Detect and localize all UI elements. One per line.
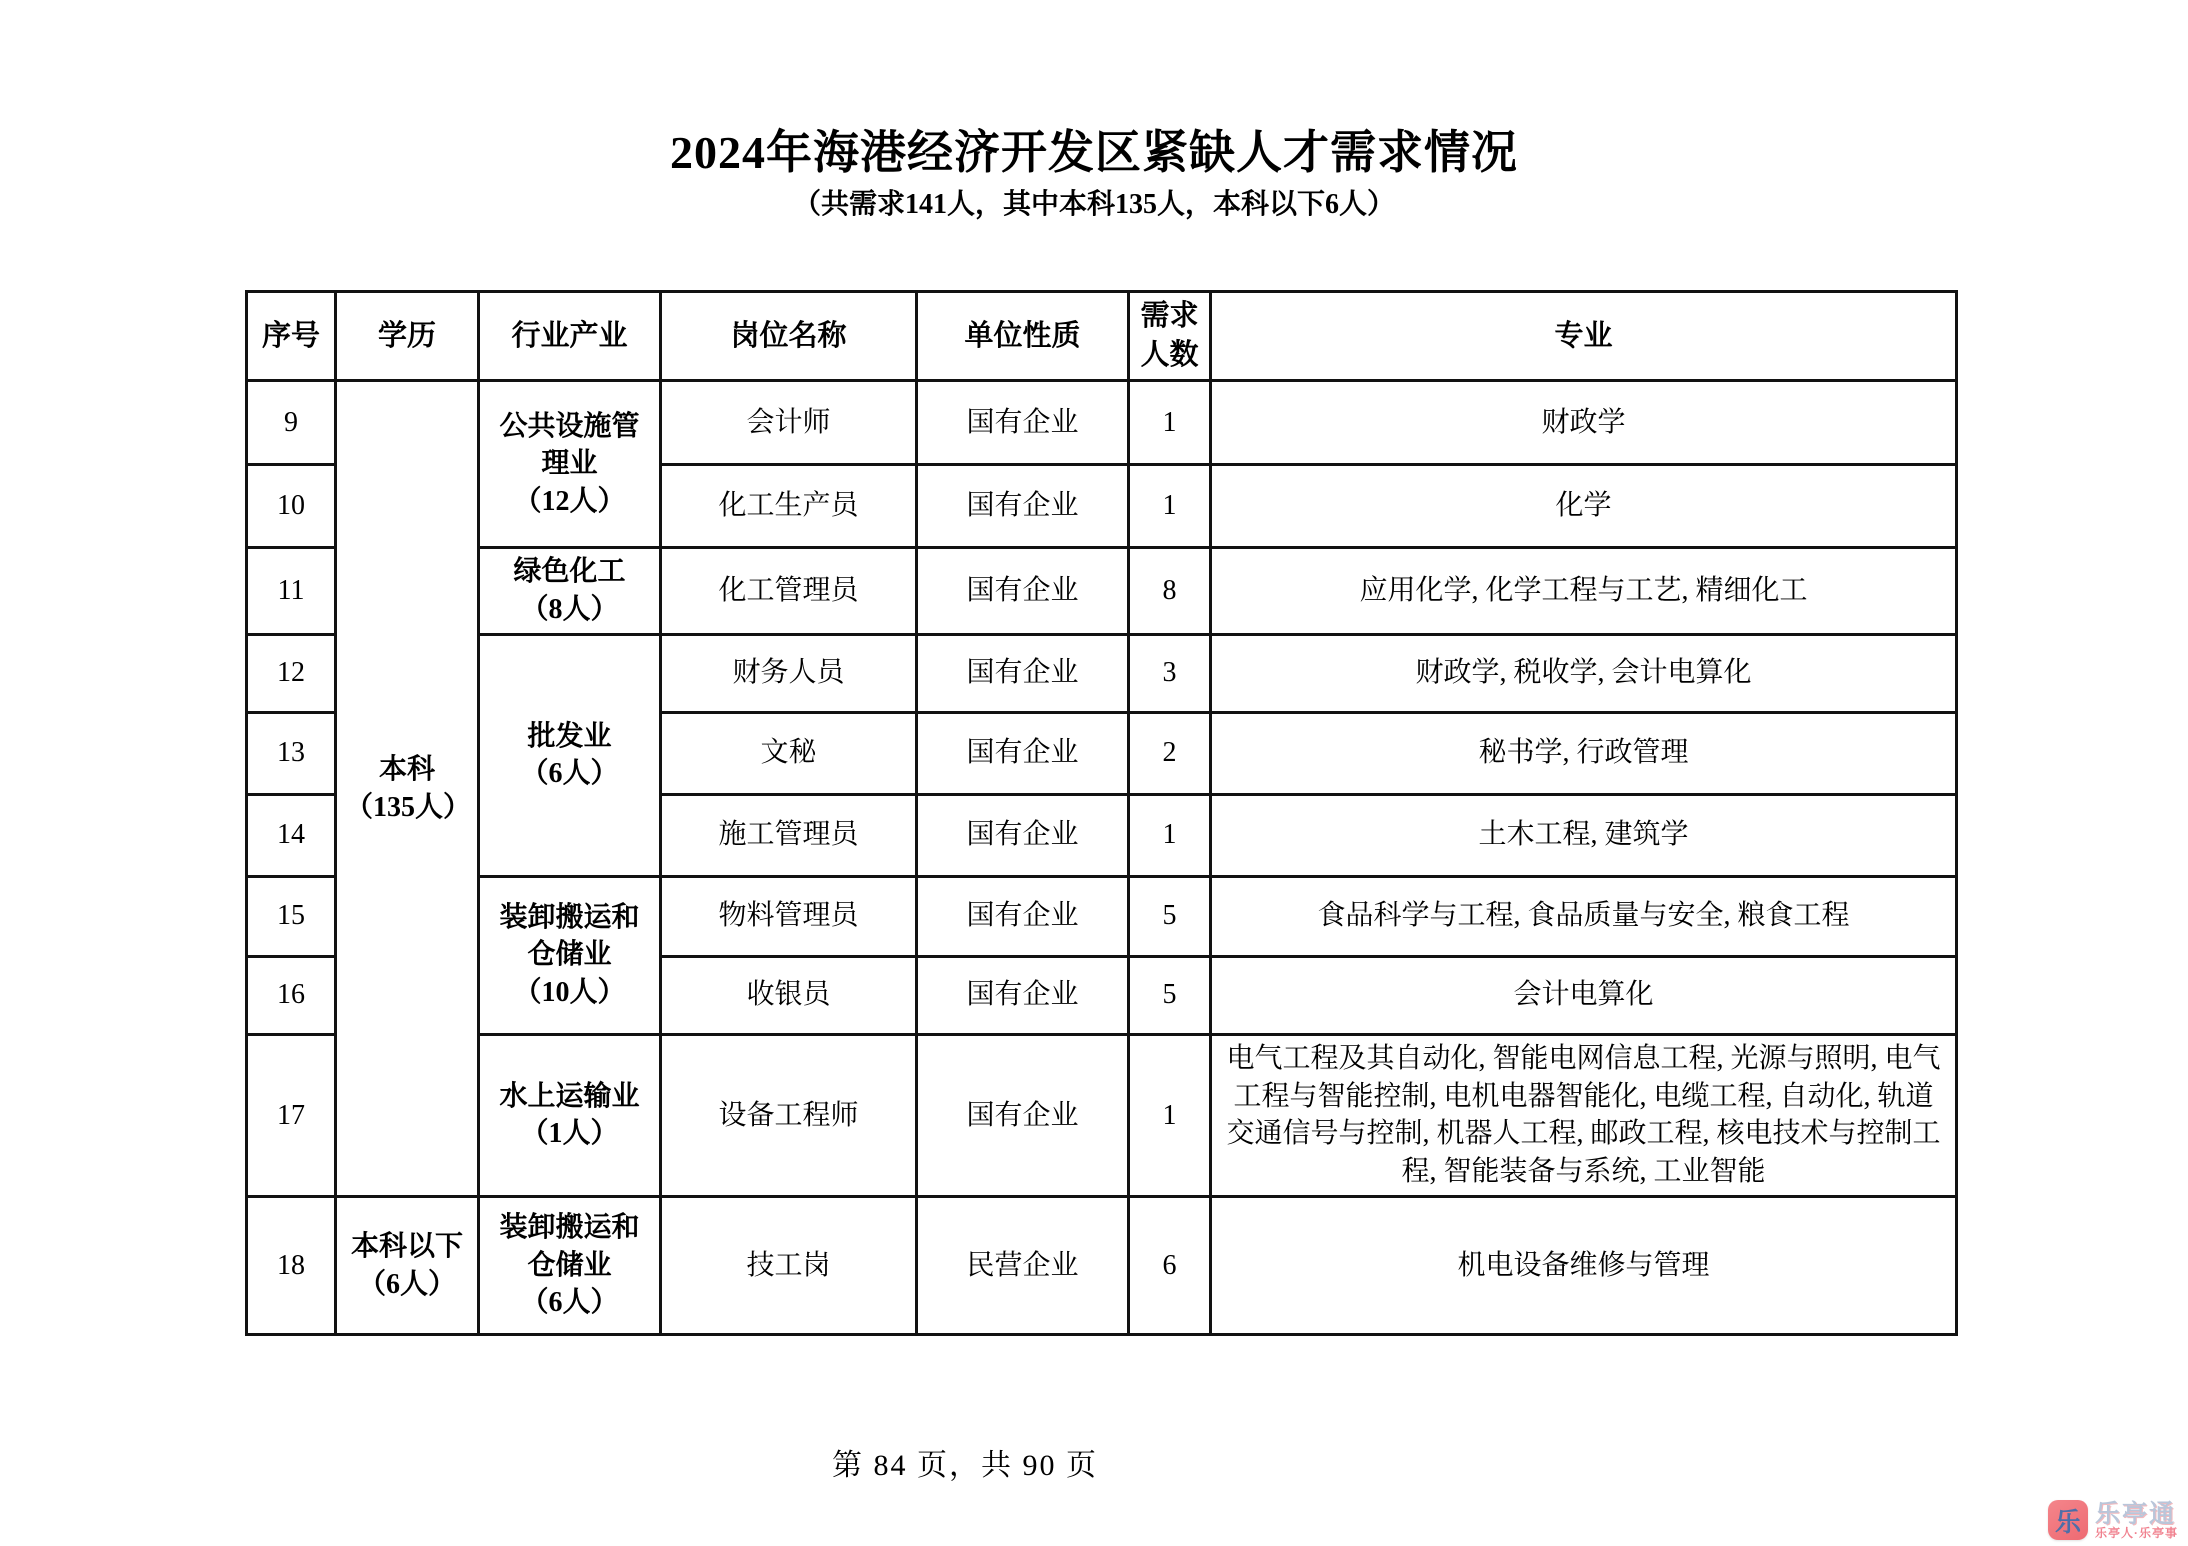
education-count: （6人） — [345, 1266, 469, 1304]
cell-unit: 国有企业 — [917, 794, 1129, 876]
industry-count: （12人） — [488, 483, 651, 521]
cell-count: 5 — [1129, 876, 1211, 956]
industry-count: （10人） — [488, 974, 651, 1012]
header-education: 学历 — [336, 292, 479, 381]
cell-major: 化学 — [1211, 465, 1957, 548]
cell-industry-public-facilities: 公共设施管理业 （12人） — [479, 381, 661, 548]
cell-count: 5 — [1129, 956, 1211, 1034]
header-unit: 单位性质 — [917, 292, 1129, 381]
table-row: 11 绿色化工 （8人） 化工管理员 国有企业 8 应用化学, 化学工程与工艺,… — [247, 548, 1957, 635]
cell-count: 1 — [1129, 465, 1211, 548]
table-header-row: 序号 学历 行业产业 岗位名称 单位性质 需求人数 专业 — [247, 292, 1957, 381]
cell-major: 财政学 — [1211, 381, 1957, 465]
cell-major: 秘书学, 行政管理 — [1211, 712, 1957, 794]
watermark-text: 乐亭通 乐亭人·乐亭事 — [2095, 1501, 2178, 1540]
industry-count: （8人） — [488, 591, 651, 629]
industry-name: 水上运输业 — [488, 1078, 651, 1116]
cell-education-below-benke: 本科以下 （6人） — [336, 1197, 479, 1335]
cell-major: 食品科学与工程, 食品质量与安全, 粮食工程 — [1211, 876, 1957, 956]
cell-education-benke: 本科 （135人） — [336, 381, 479, 1197]
table-row: 17 水上运输业 （1人） 设备工程师 国有企业 1 电气工程及其自动化, 智能… — [247, 1034, 1957, 1196]
industry-name: 绿色化工 — [488, 553, 651, 591]
header-industry: 行业产业 — [479, 292, 661, 381]
industry-count: （1人） — [488, 1115, 651, 1153]
table-row: 12 批发业 （6人） 财务人员 国有企业 3 财政学, 税收学, 会计电算化 — [247, 634, 1957, 712]
document-page: 2024年海港经济开发区紧缺人才需求情况 （共需求141人，其中本科135人，本… — [0, 0, 2188, 1546]
page-title: 2024年海港经济开发区紧缺人才需求情况 — [0, 116, 2188, 182]
page-subtitle: （共需求141人，其中本科135人，本科以下6人） — [0, 182, 2188, 222]
cell-no: 15 — [247, 876, 336, 956]
page-number: 第 84 页，共 90 页 — [0, 1440, 1930, 1484]
cell-no: 10 — [247, 465, 336, 548]
cell-position: 会计师 — [661, 381, 917, 465]
cell-position: 技工岗 — [661, 1197, 917, 1335]
cell-position: 设备工程师 — [661, 1034, 917, 1196]
cell-major: 电气工程及其自动化, 智能电网信息工程, 光源与照明, 电气工程与智能控制, 电… — [1211, 1034, 1957, 1196]
header-count: 需求人数 — [1129, 292, 1211, 381]
cell-no: 12 — [247, 634, 336, 712]
cell-unit: 国有企业 — [917, 712, 1129, 794]
table-row: 9 本科 （135人） 公共设施管理业 （12人） 会计师 国有企业 1 财政学 — [247, 381, 1957, 465]
header-no: 序号 — [247, 292, 336, 381]
cell-no: 13 — [247, 712, 336, 794]
table-row: 15 装卸搬运和仓储业 （10人） 物料管理员 国有企业 5 食品科学与工程, … — [247, 876, 1957, 956]
cell-major: 土木工程, 建筑学 — [1211, 794, 1957, 876]
letingtong-app-icon: 乐 — [2048, 1500, 2088, 1540]
cell-unit: 民营企业 — [917, 1197, 1129, 1335]
cell-count: 2 — [1129, 712, 1211, 794]
cell-major: 财政学, 税收学, 会计电算化 — [1211, 634, 1957, 712]
watermark-app-name: 乐亭通 — [2095, 1501, 2178, 1527]
industry-count: （6人） — [488, 1284, 651, 1322]
cell-position: 化工生产员 — [661, 465, 917, 548]
table-row: 18 本科以下 （6人） 装卸搬运和仓储业 （6人） 技工岗 民营企业 6 机电… — [247, 1197, 1957, 1335]
cell-position: 物料管理员 — [661, 876, 917, 956]
cell-no: 11 — [247, 548, 336, 635]
header-major: 专业 — [1211, 292, 1957, 381]
industry-count: （6人） — [488, 755, 651, 793]
cell-no: 17 — [247, 1034, 336, 1196]
cell-count: 3 — [1129, 634, 1211, 712]
cell-no: 16 — [247, 956, 336, 1034]
cell-position: 收银员 — [661, 956, 917, 1034]
letingtong-watermark: 乐 乐亭通 乐亭人·乐亭事 — [2048, 1500, 2178, 1540]
cell-position: 施工管理员 — [661, 794, 917, 876]
cell-major: 会计电算化 — [1211, 956, 1957, 1034]
cell-unit: 国有企业 — [917, 876, 1129, 956]
cell-no: 18 — [247, 1197, 336, 1335]
header-position: 岗位名称 — [661, 292, 917, 381]
cell-count: 1 — [1129, 794, 1211, 876]
cell-industry-green-chem: 绿色化工 （8人） — [479, 548, 661, 635]
cell-major: 机电设备维修与管理 — [1211, 1197, 1957, 1335]
education-count: （135人） — [345, 789, 469, 827]
cell-position: 文秘 — [661, 712, 917, 794]
cell-count: 1 — [1129, 1034, 1211, 1196]
cell-unit: 国有企业 — [917, 548, 1129, 635]
education-name: 本科以下 — [345, 1228, 469, 1266]
industry-name: 装卸搬运和仓储业 — [488, 1209, 651, 1285]
cell-industry-loading-warehousing-10: 装卸搬运和仓储业 （10人） — [479, 876, 661, 1034]
cell-unit: 国有企业 — [917, 956, 1129, 1034]
industry-name: 公共设施管理业 — [488, 408, 651, 484]
cell-unit: 国有企业 — [917, 1034, 1129, 1196]
industry-name: 装卸搬运和仓储业 — [488, 899, 651, 975]
cell-count: 8 — [1129, 548, 1211, 635]
cell-position: 化工管理员 — [661, 548, 917, 635]
cell-count: 1 — [1129, 381, 1211, 465]
cell-industry-water-transport: 水上运输业 （1人） — [479, 1034, 661, 1196]
cell-unit: 国有企业 — [917, 634, 1129, 712]
cell-unit: 国有企业 — [917, 381, 1129, 465]
cell-industry-wholesale: 批发业 （6人） — [479, 634, 661, 876]
watermark-tagline: 乐亭人·乐亭事 — [2095, 1527, 2178, 1540]
cell-industry-loading-warehousing-6: 装卸搬运和仓储业 （6人） — [479, 1197, 661, 1335]
cell-count: 6 — [1129, 1197, 1211, 1335]
cell-major: 应用化学, 化学工程与工艺, 精细化工 — [1211, 548, 1957, 635]
cell-position: 财务人员 — [661, 634, 917, 712]
cell-no: 14 — [247, 794, 336, 876]
industry-name: 批发业 — [488, 718, 651, 756]
talent-demand-table: 序号 学历 行业产业 岗位名称 单位性质 需求人数 专业 9 本科 （135人）… — [245, 290, 1958, 1336]
cell-unit: 国有企业 — [917, 465, 1129, 548]
education-name: 本科 — [345, 751, 469, 789]
cell-no: 9 — [247, 381, 336, 465]
